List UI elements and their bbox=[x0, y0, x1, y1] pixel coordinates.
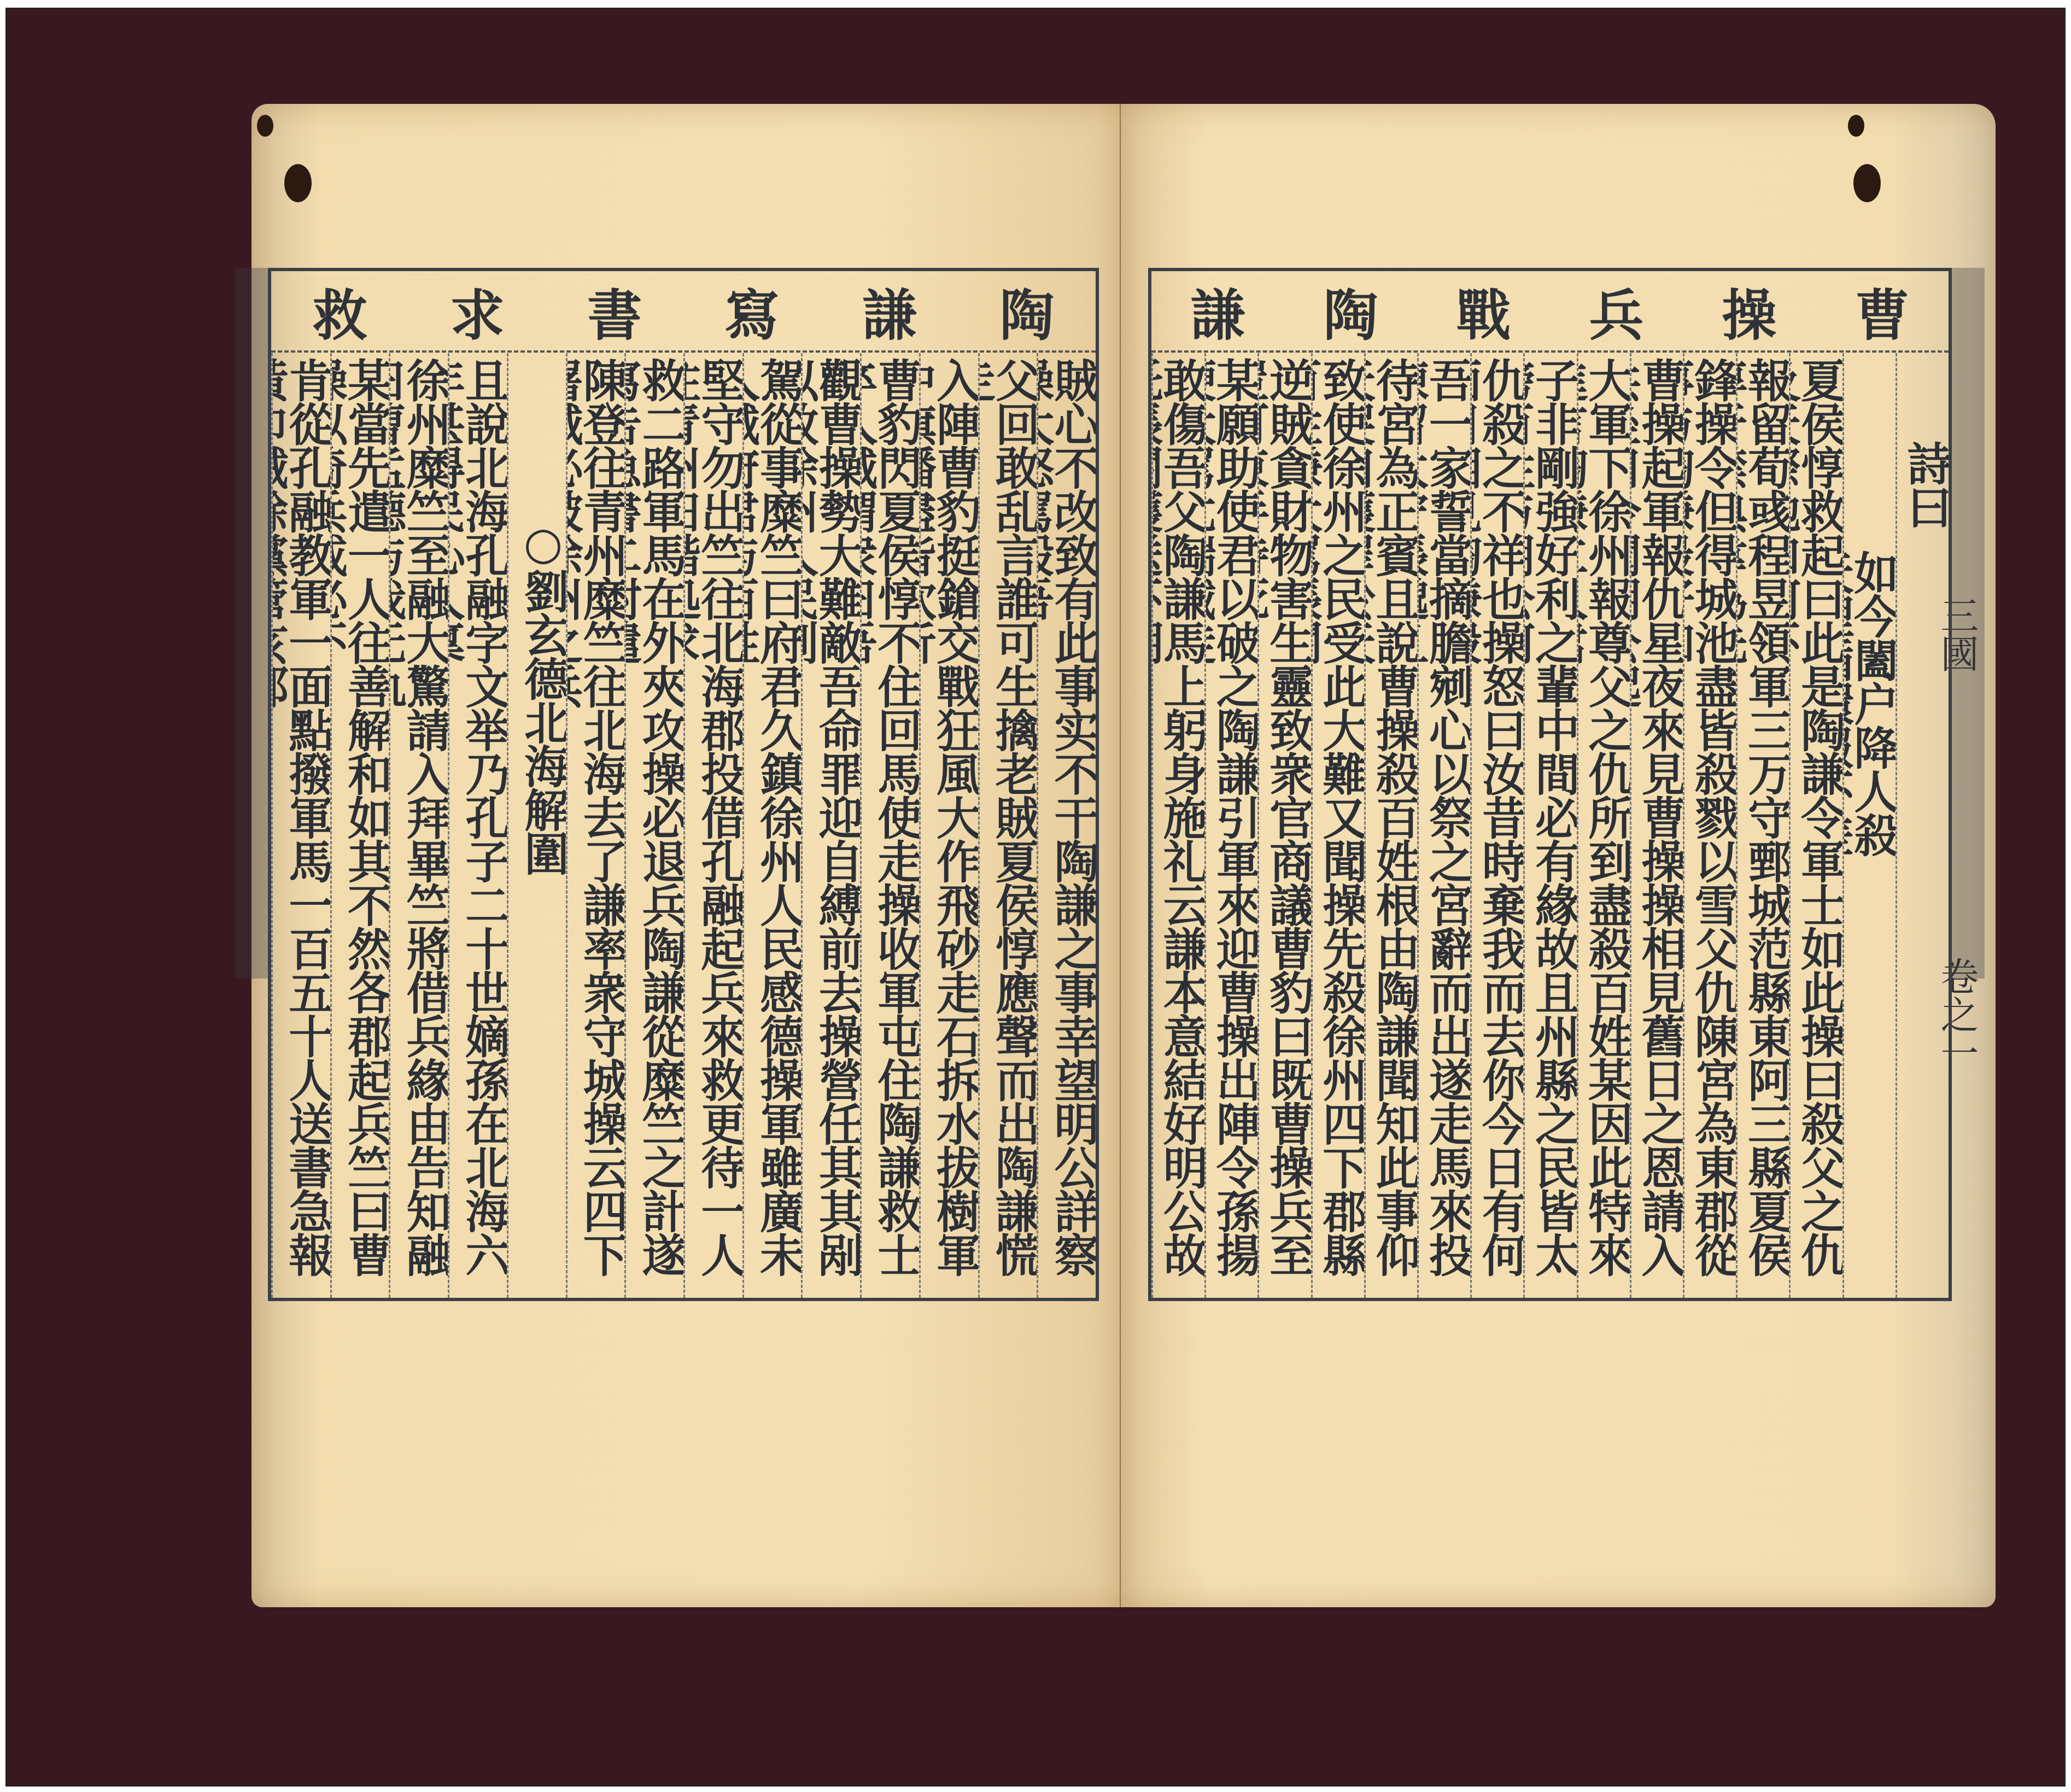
heading-char: 曹 bbox=[1855, 272, 1910, 350]
wormhole bbox=[257, 115, 273, 137]
wormhole bbox=[1848, 115, 1864, 137]
wormhole bbox=[284, 164, 312, 202]
text-column: 某願助使君以破之陶謙引軍來迎曹操出陣令孫揚鞭大罵尤端賊徒 bbox=[1204, 353, 1257, 1298]
poem-column: 如今闔户降人殺 天理循環報不差 bbox=[1842, 353, 1896, 1298]
text-column: 父回敢乱言誰可生擒老賊夏侯惇應聲而出陶謙慌走 bbox=[978, 353, 1037, 1298]
text-column: 駕從事糜竺曰府君久鎮徐州人民感德操軍雖廣未入城府君与百姓 bbox=[742, 353, 802, 1298]
open-book: 陶 謙 寫 書 求 救 賊心不改致有此事实不干陶謙之事幸望明公詳察操大怒罵殺吾 … bbox=[251, 104, 1996, 1607]
heading-char: 謙 bbox=[862, 272, 917, 350]
text-column: 夏侯惇救起曰此是陶謙令軍士如此操曰殺父之仇及天際地如何不 bbox=[1789, 353, 1842, 1298]
text-column: 賊心不改致有此事实不干陶謙之事幸望明公詳察操大怒罵殺吾 bbox=[1037, 353, 1096, 1298]
left-page-heading: 陶 謙 寫 書 求 救 bbox=[271, 271, 1096, 353]
text-column: 大軍下徐州報尊父之仇所到盡殺百姓某因此特來進言陶謙仁人君 bbox=[1577, 353, 1630, 1298]
heading-char: 求 bbox=[450, 272, 505, 350]
text-column: 報留荀彧程昱領軍三万守鄄城范縣東阿三縣夏侯惇于禁典韋為先 bbox=[1736, 353, 1789, 1298]
text-column: 吾一家誓當摘膽剜心以祭之宮辭而出遂走馬來投陳留太守張邈且 bbox=[1417, 353, 1470, 1298]
right-text-panel: 曹 操 兵 戰 陶 謙 詩曰 如今闔户降人殺 天理循環報不差 夏侯惇救起曰此是陶… bbox=[1148, 268, 1952, 1301]
section-subheading: ○劉玄德北海解圍 bbox=[507, 353, 566, 1298]
right-page-heading: 曹 操 兵 戰 陶 謙 bbox=[1151, 271, 1949, 353]
text-column: 敢傷吾父陶謙馬上躬身施礼云謙本意結好明公故托張闓護送不期 bbox=[1151, 353, 1204, 1298]
text-column: 仇殺之不祥也操怒曰汝昔時棄我而去你今日有何面目相見陶謙殺 bbox=[1470, 353, 1523, 1298]
text-column: 救二路軍馬在外夾攻操必退兵陶謙從糜竺之計遂寫告急書二封遣 bbox=[624, 353, 683, 1298]
text-column: 致使徐州之民受此大難又聞操先殺徐州四下郡縣百姓謙大罵張闓 bbox=[1311, 353, 1364, 1298]
heading-char: 救 bbox=[313, 272, 367, 350]
poem-line: 如今闔户降人殺 bbox=[1851, 550, 1896, 1298]
heading-char: 謙 bbox=[1191, 272, 1245, 350]
text-column: 鋒操令但得城池盡皆殺戮以雪父仇陳宮為東郡從事与陶謙最好知 bbox=[1683, 353, 1736, 1298]
heading-char: 操 bbox=[1722, 272, 1777, 350]
text-column: 堅守勿出竺往北海郡投借孔融起兵來救更待一人往青州田楷処求 bbox=[683, 353, 742, 1298]
left-binding-edge bbox=[235, 268, 268, 979]
text-column: 肯從孔融教軍一面點撥軍馬一百五十人送書急報黃巾賊餘黨管亥部 bbox=[271, 353, 330, 1298]
right-text-columns: 詩曰 如今闔户降人殺 天理循環報不差 夏侯惇救起曰此是陶謙令軍士如此操曰殺父之仇… bbox=[1151, 353, 1949, 1298]
text-column: 曹操起軍報仇星夜來見曹操操相見舊日之恩請入共坐曰今聞明公起 bbox=[1630, 353, 1683, 1298]
heading-char: 陶 bbox=[999, 272, 1054, 350]
poem-title: 詩曰 bbox=[1896, 353, 1949, 1298]
text-column: 某當先遣一人往善解和如其不然各郡起兵竺曰曹操以倚兵威必不 bbox=[330, 353, 389, 1298]
right-page: 三國 卷之一 曹 操 兵 戰 陶 謙 詩曰 如今闔户降人殺 天理循環報不差 夏侯… bbox=[1121, 104, 1996, 1607]
heading-char: 戰 bbox=[1456, 272, 1511, 350]
heading-char: 兵 bbox=[1589, 272, 1644, 350]
left-text-columns: 賊心不改致有此事实不干陶謙之事幸望明公詳察操大怒罵殺吾 父回敢乱言誰可生擒老賊夏… bbox=[271, 353, 1096, 1298]
text-column: 待宮為正賓且說曹操殺百姓根由陶謙聞知此事仰天哭曰獲罪於天 bbox=[1364, 353, 1417, 1298]
left-page: 陶 謙 寫 書 求 救 賊心不改致有此事实不干陶謙之事幸望明公詳察操大怒罵殺吾 … bbox=[251, 104, 1121, 1607]
text-column: 子非剛強好利之輩中間必有緣故且州縣之民皆太滂百姓与明公何 bbox=[1523, 353, 1576, 1298]
heading-char: 陶 bbox=[1324, 272, 1378, 350]
poem-line: 天理循環報不差 bbox=[1842, 550, 1851, 1298]
text-column: 徐州糜竺至融大驚請入拜畢竺將借兵緣由告知融曰曹孟德与我无仇 bbox=[389, 353, 448, 1298]
heading-char: 寫 bbox=[725, 272, 780, 350]
text-column: 曹豹閃夏侯惇不住回馬使走操收軍屯住陶謙救士卒入城謂衆曰吾 bbox=[860, 353, 919, 1298]
text-column: 觀曹操勢大難敵吾命罪迎自縛前去操營任其其剐以救徐州人民別 bbox=[801, 353, 860, 1298]
left-text-panel: 陶 謙 寫 書 求 救 賊心不改致有此事实不干陶謙之事幸望明公詳察操大怒罵殺吾 … bbox=[268, 268, 1099, 1301]
text-column: 陳登往青州糜竺往北海去了謙率衆守城操云四下屠城必破徐州之兵 bbox=[566, 353, 625, 1298]
heading-char: 書 bbox=[587, 272, 642, 350]
text-column: 且說北海孔融字文举乃孔子二十世嫡孫在北海六年甚得民心人稟 bbox=[448, 353, 507, 1298]
wormhole bbox=[1853, 164, 1881, 202]
text-column: 入陣曹豹挺鎗交戰狂風大作飛砂走石拆水拔樹軍中旗幡盡皆吹折 bbox=[919, 353, 978, 1298]
text-column: 逆賊貪財物害生靈致衆官商議曹豹曰既曹操兵至豈可束手待死 bbox=[1257, 353, 1311, 1298]
